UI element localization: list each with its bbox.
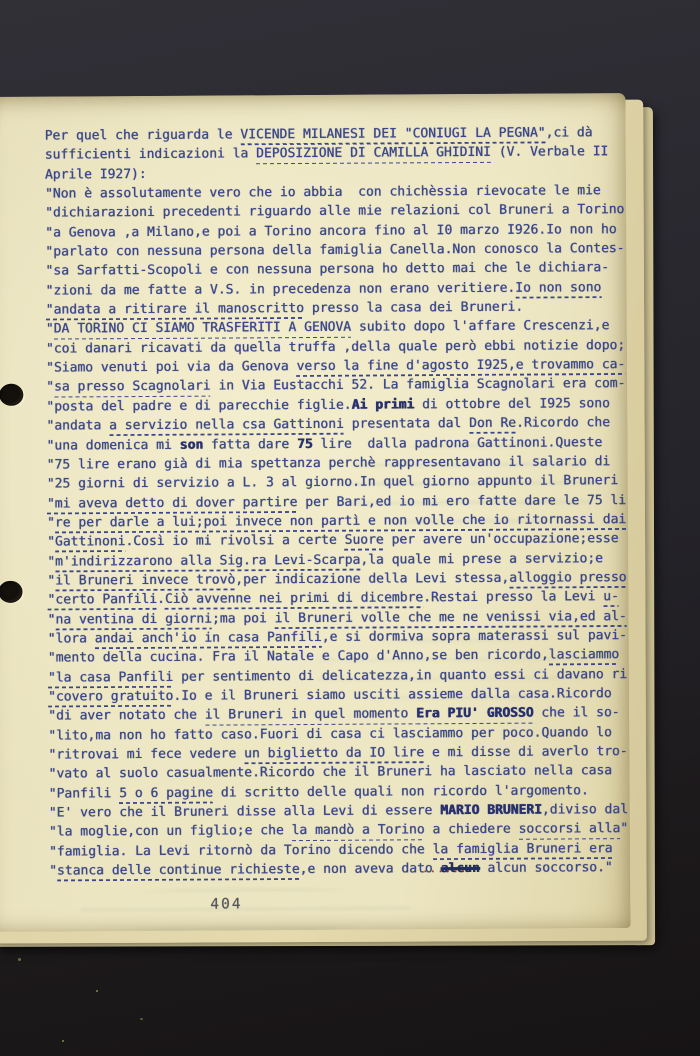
text-segment: "sa Sarfatti-Scopoli e con nessuna perso… xyxy=(45,261,609,279)
document-page: Per quel che riguarda le VICENDE MILANES… xyxy=(0,93,631,932)
text-segment: "25 giorni di servizio a L. 3 al giorno.… xyxy=(47,473,618,491)
text-segment: ,e si dormiva sopra materassi sul pavi- xyxy=(322,628,627,645)
text-segment: ,ci dà xyxy=(546,125,593,140)
text-segment: "una domenica mi xyxy=(47,437,180,453)
text-segment: "parlato con nessuna persona della famig… xyxy=(45,241,624,260)
text-segment: per sentimento di delicatezza,in quanto … xyxy=(173,667,627,685)
text-segment: sufficienti indicazioni la xyxy=(45,147,256,163)
text-segment: na ventina di giorni xyxy=(55,611,212,630)
text-segment: " xyxy=(46,380,54,395)
text-segment: .Restai presso la Levi xyxy=(423,589,603,605)
text-segment: " xyxy=(47,515,55,530)
text-segment: ,e non aveva dato xyxy=(300,861,441,877)
photo-backdrop: Per quel che riguarda le VICENDE MILANES… xyxy=(0,0,700,1056)
text-segment: son xyxy=(180,437,204,452)
text-segment: ,per indicazione della Levi stessa, xyxy=(235,571,509,588)
text-segment: "Non è assolutamente vero che io abbia c… xyxy=(45,183,601,201)
text-segment: " xyxy=(620,821,628,836)
text-segment: " xyxy=(47,554,55,569)
text-segment: "Panfili xyxy=(49,786,120,801)
dust-speck xyxy=(96,990,98,992)
text-segment: la mandò a Torino xyxy=(292,823,425,842)
text-segment: Per quel che riguarda le xyxy=(45,127,241,143)
text-segment: Ai primi xyxy=(352,397,415,412)
dust-speck xyxy=(18,958,21,961)
text-segment: "la moglie,con un figlio;e che xyxy=(49,823,292,839)
text-segment: di scritto delle quali non ricordo l'arg… xyxy=(213,783,589,800)
text-segment: " xyxy=(49,864,57,879)
text-segment: "a Genova ,a Milano,e poi a Torino ancor… xyxy=(45,222,616,240)
text-line: "stanca delle continue richieste,e non a… xyxy=(49,858,643,881)
text-segment: a chiedere xyxy=(425,822,519,838)
text-segment: "posta del padre e di parecchie figlie. xyxy=(46,398,351,415)
text-segment: Aprile I927): xyxy=(45,167,147,183)
text-segment: stanca delle continue richieste xyxy=(57,862,300,881)
text-line: "zioni da me fatte a V.S. in precedenza … xyxy=(46,278,640,301)
text-segment: DEPOSIZIONE DI CAMILLA GHIDINI xyxy=(256,145,491,164)
text-segment: lire dalla padrona Gattinoni.Queste xyxy=(313,435,603,452)
text-segment: lasciammo xyxy=(549,647,620,665)
text-segment: .Ricordo che xyxy=(516,415,610,431)
text-segment: per avere un'occupazione;esse xyxy=(384,531,619,547)
text-segment: " xyxy=(48,612,56,627)
text-segment: Ciò avvenne nei primi di dicembre xyxy=(165,591,423,611)
text-segment: "75 lire erano già di mia spettanza perc… xyxy=(47,454,611,472)
correction-dots-mark: ...... xyxy=(422,864,468,875)
text-segment: la famiglia Bruneri era xyxy=(433,841,613,860)
text-segment: alcun soccorso." xyxy=(480,860,613,876)
text-segment: "ritrovai mi fece vedere xyxy=(48,746,244,762)
text-segment: " xyxy=(47,573,55,588)
text-segment: "covero gratuito xyxy=(48,689,173,708)
text-segment: andai anch'io in casa Panfili xyxy=(95,630,322,649)
text-segment: "famiglia. La Levi ritornò da Torino dic… xyxy=(49,842,433,859)
text-segment: a servizio nella csa Gattinoni xyxy=(109,417,344,436)
typewritten-text: Per quel che riguarda le VICENDE MILANES… xyxy=(45,123,644,881)
text-segment: di ottobre del I925 sono xyxy=(414,396,610,412)
text-segment: "dichiarazioni precedenti riguardo alle … xyxy=(45,202,624,221)
dust-speck xyxy=(140,1018,143,1020)
text-segment: in Via Eustacchi 52. La famiglia Scagnol… xyxy=(211,377,626,395)
text-segment: "di aver notato che xyxy=(48,708,205,724)
dust-speck xyxy=(62,1040,64,1042)
text-segment: e mi disse di averlo tro- xyxy=(424,744,628,760)
text-segment: un biglietto da IO lire xyxy=(244,745,424,764)
text-segment: "zioni da me fatte a V.S. in precedenza … xyxy=(46,280,516,298)
text-segment: 5 o 6 pagine xyxy=(119,785,213,804)
text-segment: .Io e il Bruneri siamo usciti assieme da… xyxy=(173,686,611,704)
text-segment: " xyxy=(47,535,55,550)
text-segment: "andata xyxy=(46,418,109,433)
text-segment: (V. Verbale II xyxy=(491,144,608,160)
text-segment: "lora xyxy=(48,631,95,646)
text-segment: "certo Panfili xyxy=(47,592,157,611)
text-segment: subito dopo l'affare Crescenzi,e xyxy=(351,319,609,336)
text-segment: Io non sono xyxy=(515,280,601,299)
page-number: 404 xyxy=(210,896,242,912)
text-segment: Gattinoni xyxy=(55,534,126,552)
text-segment: presentata dal xyxy=(344,416,469,432)
text-segment: soccorsi alla xyxy=(519,821,621,840)
text-segment: sa presso Scagnolari xyxy=(54,379,211,398)
text-segment: "E' vero che il Bruneri disse alla Levi … xyxy=(49,803,440,820)
text-segment: ;ma poi xyxy=(212,611,275,626)
text-segment: "mento della cucina. Fra il Natale e Cap… xyxy=(48,648,549,666)
text-segment: u- xyxy=(603,589,619,607)
text-segment: il Bruneri in quel momento xyxy=(205,707,416,726)
text-segment: per Bari,ed io mi ero fatte dare le 75 l… xyxy=(297,493,626,510)
punch-hole-bottom xyxy=(0,581,23,603)
ink-bleed-smudge xyxy=(80,887,410,931)
text-segment: "Siamo venuti poi via da Genova xyxy=(46,359,297,376)
text-segment: "vato al suolo casualmente.Ricordo che i… xyxy=(49,763,613,781)
text-segment: fatta dare xyxy=(203,437,297,453)
text-segment: ,diviso dal xyxy=(542,802,628,818)
text-segment: alloggio presso xyxy=(509,570,627,589)
text-segment: che il so- xyxy=(533,705,619,721)
text-segment: presso la casa dei Bruneri. xyxy=(304,300,523,316)
text-segment: Suore xyxy=(345,533,384,551)
text-segment: .Così io mi rivolsi a certe xyxy=(125,533,344,549)
text-line: sufficienti indicazioni la DEPOSIZIONE D… xyxy=(45,142,639,165)
punch-hole-top xyxy=(0,384,23,406)
text-segment: " xyxy=(46,322,54,337)
text-segment: Don Re xyxy=(469,416,516,434)
text-segment: Era PIU' GROSSO xyxy=(416,706,534,725)
text-segment: 75 xyxy=(297,436,313,451)
text-segment: "coi danari ricavati da quella truffa ,d… xyxy=(46,338,625,357)
text-segment: ,la quale mi prese a servizio;e xyxy=(360,551,603,567)
text-segment: "la casa Panfili xyxy=(48,669,173,688)
text-segment: il Bruneri invece trovò xyxy=(55,572,235,591)
text-segment: "mi aveva detto di dover partire xyxy=(47,495,298,515)
text-segment: "lito,ma non ho fatto caso.Fuori di casa… xyxy=(48,725,612,743)
text-segment: MARIO BRUNERI xyxy=(440,803,542,819)
